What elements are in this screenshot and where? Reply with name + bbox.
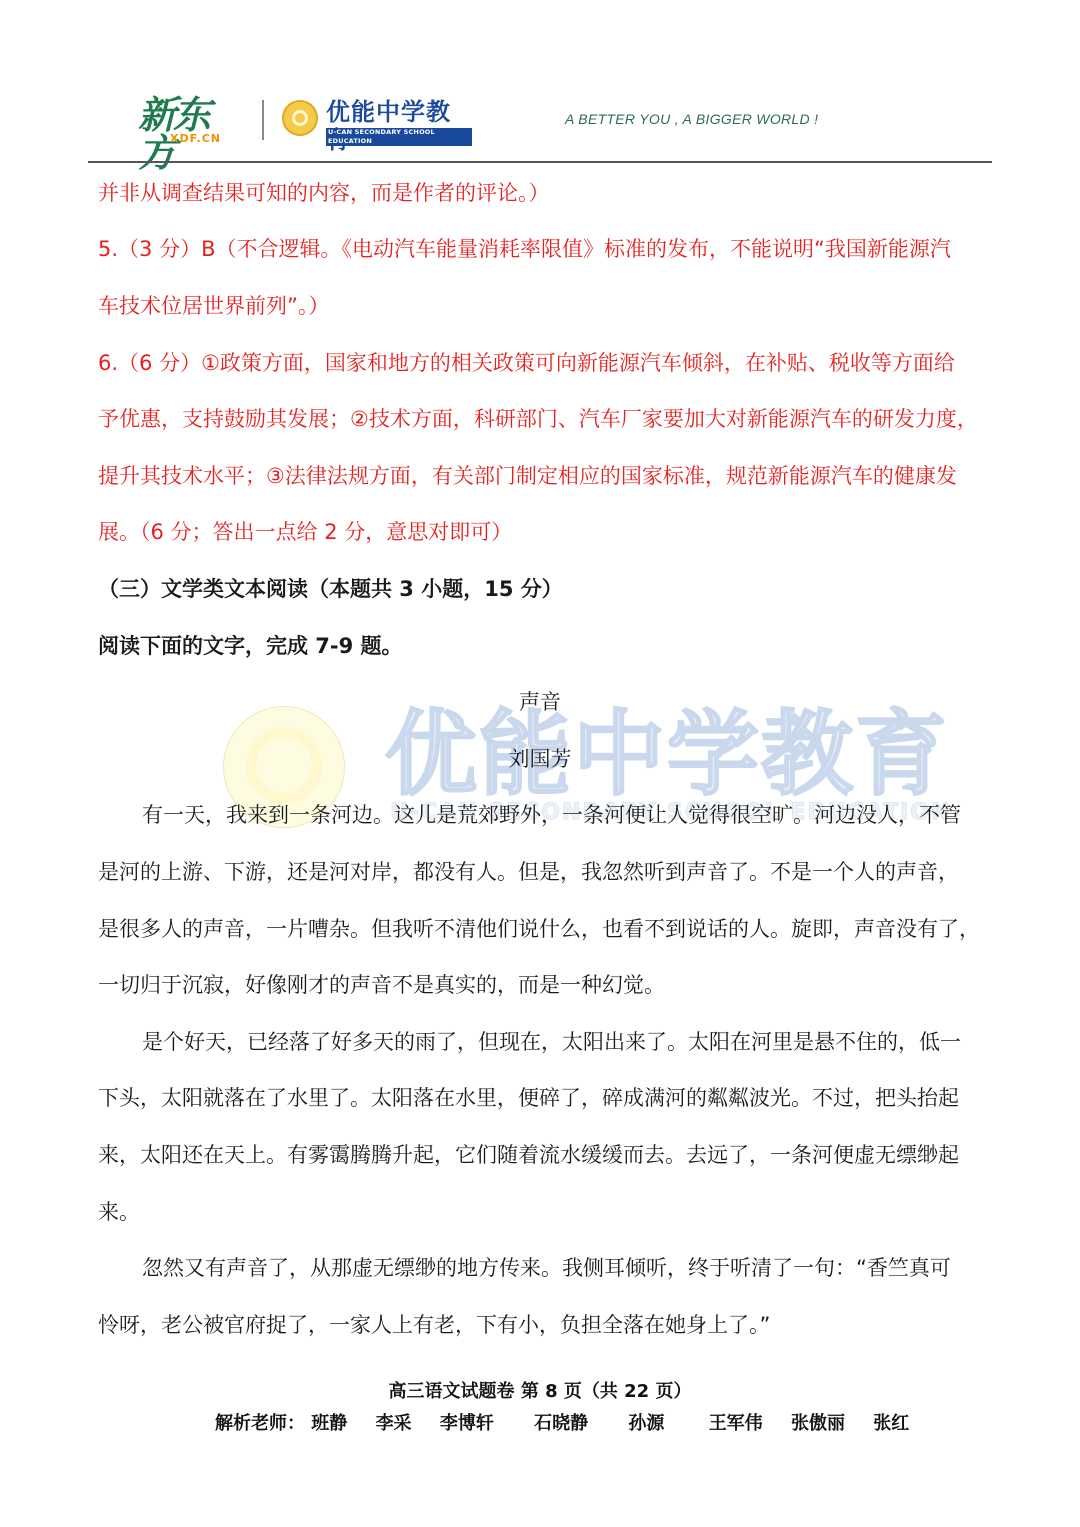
answer-q6-line4: 展。（6 分；答出一点给 2 分，意思对即可） — [98, 517, 512, 547]
article-p2-line: 下头，太阳就落在了水里了。太阳落在水里，便碎了，碎成满河的粼粼波光。不过，把头抬… — [98, 1083, 959, 1113]
answer-q5-line2: 车技术位居世界前列”。） — [98, 291, 329, 321]
article-p1-line: 是很多人的声音，一片嘈杂。但我听不清他们说什么，也看不到说话的人。旋即，声音没有… — [98, 914, 980, 944]
xdf-logo-en: XDF.CN — [170, 132, 221, 145]
ucan-logo-en: U-CAN SECONDARY SCHOOL EDUCATION — [326, 128, 472, 146]
article-p1-line: 是河的上游、下游，还是河对岸，都没有人。但是，我忽然听到声音了。不是一个人的声音… — [98, 857, 959, 887]
answer-q4-tail: 并非从调查结果可知的内容，而是作者的评论。） — [98, 178, 550, 208]
teacher-name: 李采 — [376, 1413, 412, 1434]
slogan: A BETTER YOU , A BIGGER WORLD ! — [565, 111, 818, 127]
answer-q6-line3: 提升其技术水平；③法律法规方面，有关部门制定相应的国家标准，规范新能源汽车的健康… — [98, 461, 957, 491]
article-p3-line: 怜呀，老公被官府捉了，一家人上有老，下有小，负担全落在她身上了。” — [98, 1310, 770, 1340]
answer-q6-line1: 6.（6 分）①政策方面，国家和地方的相关政策可向新能源汽车倾斜，在补贴、税收等… — [98, 348, 955, 378]
article-p1-line: 有一天，我来到一条河边。这儿是荒郊野外，一条河便让人觉得很空旷。河边没人，不管 — [142, 800, 961, 830]
teacher-name: 李博轩 — [440, 1413, 494, 1434]
teachers-label: 解析老师： — [215, 1413, 305, 1434]
header-divider — [88, 161, 992, 163]
teacher-name: 张傲丽 — [791, 1413, 845, 1434]
ucan-badge-icon — [282, 100, 318, 136]
article-title: 声音 — [0, 687, 1080, 717]
article-p1-line: 一切归于沉寂，好像刚才的声音不是真实的，而是一种幻觉。 — [98, 970, 665, 1000]
teacher-name: 王军伟 — [709, 1413, 763, 1434]
article-p2-line: 是个好天，已经落了好多天的雨了，但现在，太阳出来了。太阳在河里是悬不住的，低一 — [142, 1027, 961, 1057]
article-p2-line: 来，太阳还在天上。有雾霭腾腾升起，它们随着流水缓缓而去。去远了，一条河便虚无缥缈… — [98, 1140, 959, 1170]
article-p3-line: 忽然又有声音了，从那虚无缥缈的地方传来。我侧耳倾听，终于听清了一句：“香竺真可 — [142, 1253, 951, 1283]
teacher-name: 孙源 — [628, 1413, 664, 1434]
article-p2-line: 来。 — [98, 1197, 140, 1227]
teacher-name: 石晓静 — [534, 1413, 588, 1434]
page-info: 高三语文试题卷 第 8 页（共 22 页） — [0, 1377, 1080, 1403]
teacher-name: 班静 — [311, 1413, 347, 1434]
teacher-name: 张红 — [873, 1413, 909, 1434]
answer-q5-line1: 5.（3 分）B（不合逻辑。《电动汽车能量消耗率限值》标准的发布，不能说明“我国… — [98, 234, 951, 264]
page-header: 新东方 XDF.CN 优能中学教育 U-CAN SECONDARY SCHOOL… — [0, 0, 1080, 165]
section-instruction: 阅读下面的文字，完成 7-9 题。 — [98, 631, 403, 661]
section-heading: （三）文学类文本阅读（本题共 3 小题，15 分） — [98, 574, 563, 604]
teachers-line: 解析老师： 班静 李采 李博轩 石晓静 孙源 王军伟 张傲丽 张红 — [215, 1409, 931, 1435]
xdf-logo: 新东方 XDF.CN — [138, 96, 242, 144]
answer-q6-line2: 予优惠，支持鼓励其发展；②技术方面，科研部门、汽车厂家要加大对新能源汽车的研发力… — [98, 404, 978, 434]
logo-divider — [262, 100, 264, 140]
article-author: 刘国芳 — [0, 744, 1080, 774]
ucan-logo: 优能中学教育 U-CAN SECONDARY SCHOOL EDUCATION — [282, 98, 472, 140]
